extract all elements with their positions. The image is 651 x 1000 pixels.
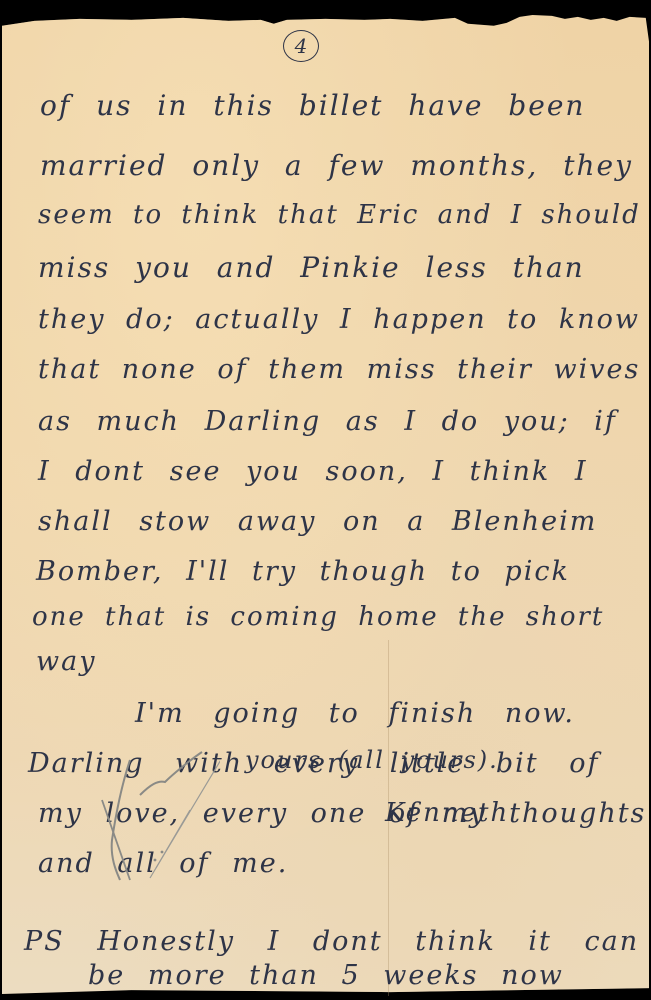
letter-line: as much Darling as I do you; if <box>38 408 617 435</box>
letter-line: seem to think that Eric and I should <box>38 202 641 228</box>
letter-signature: Kenneth <box>385 800 509 826</box>
letter-line: that none of them miss their wives <box>38 356 640 383</box>
letter-line: shall stow away on a Blenheim <box>38 508 597 535</box>
letter-line: one that is coming home the short <box>32 604 604 630</box>
letter-line: married only a few months, they <box>40 152 633 180</box>
postscript-line: be more than 5 weeks now <box>88 962 564 989</box>
letter-line: I'm going to finish now. <box>135 700 575 727</box>
censor-pencil-initials <box>90 740 220 890</box>
letter-line: I dont see you soon, I think I <box>38 458 588 485</box>
postscript-line: PS Honestly I dont think it can <box>24 928 639 955</box>
letter-line: miss you and Pinkie less than <box>38 254 585 282</box>
page-number: 4 <box>283 30 319 62</box>
letter-line: Bomber, I'll try though to pick <box>36 558 570 585</box>
letter-closing: yours (all yours). <box>245 748 499 772</box>
letter-line: of us in this billet have been <box>40 92 585 120</box>
letter-line: way <box>36 648 96 675</box>
letter-line: they do; actually I happen to know <box>38 306 640 333</box>
